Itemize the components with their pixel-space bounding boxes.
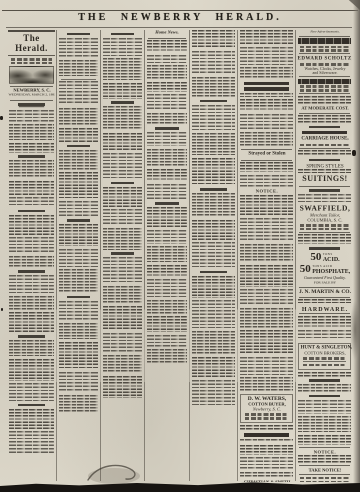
- new-ads-wrap: New Advertisements.: [297, 30, 352, 34]
- pseudo-headline: [244, 87, 289, 91]
- illegible-text-block: [103, 133, 142, 151]
- pseudo-subheading: [67, 33, 91, 36]
- brokers-name: HUNT & SINGLETON,: [300, 345, 349, 350]
- ink-smudge: [84, 460, 148, 486]
- illegible-text-block: [298, 115, 351, 123]
- nameplate-box: The Herald.: [8, 30, 55, 56]
- pseudo-inverse-headline: [298, 38, 351, 44]
- illegible-text-block: [9, 143, 54, 153]
- pseudo-subheading: [111, 182, 135, 185]
- illegible-text-block: [240, 445, 293, 455]
- illegible-text-block: [298, 400, 351, 414]
- pseudo-subheading: [309, 126, 341, 129]
- spring-styles-wrap: SPRING STYLES: [297, 164, 352, 169]
- illegible-text-block: [240, 472, 293, 478]
- illegible-text-block: [147, 149, 187, 167]
- ad-fine-print: [303, 364, 346, 367]
- strayed-heading-wrap: Strayed or Stolen: [239, 151, 294, 158]
- column-rule: [56, 30, 57, 481]
- smith-line-wrap: CHRISTIAN & SMITH: [239, 480, 294, 482]
- illegible-text-block: [9, 431, 54, 455]
- pseudo-subheading: [18, 270, 45, 273]
- spring-styles-line: SPRING STYLES: [297, 164, 352, 169]
- pseudo-subheading: [67, 296, 91, 299]
- illegible-text-block: [298, 169, 351, 173]
- notice2-heading: NOTICE.: [297, 450, 352, 455]
- column-7-ads: New Advertisements. EDWARD SCHOLTZ, Watc…: [297, 30, 352, 482]
- rule: [299, 287, 350, 288]
- column-rule: [237, 30, 238, 481]
- column-filler: [297, 115, 352, 128]
- pseudo-subheading: [67, 219, 91, 222]
- illegible-text-block: [103, 228, 142, 250]
- swaffield-city-wrap: COLUMBIA, S. C.: [297, 218, 352, 223]
- illegible-text-block: [59, 224, 98, 246]
- column-rule: [144, 30, 145, 481]
- illegible-text-block: [59, 172, 98, 198]
- illegible-text-block: [147, 246, 187, 262]
- illegible-text-block: [9, 296, 54, 310]
- illegible-text-block: [59, 108, 98, 126]
- illegible-text-block: [147, 113, 187, 125]
- illegible-text-block: [59, 269, 98, 293]
- column-filler: [297, 150, 352, 161]
- rule: [241, 160, 292, 161]
- column-filler: [297, 234, 352, 249]
- illegible-text-block: [9, 275, 54, 293]
- illegible-text-block: [240, 47, 293, 65]
- illegible-text-block: [192, 193, 235, 217]
- illegible-text-block: [298, 330, 351, 340]
- hardware-wrap: HARDWARE.: [297, 306, 352, 312]
- column-filler: [297, 299, 352, 303]
- illegible-text-block: [103, 376, 142, 398]
- phosphate-row: 50 TONS ACID PHOSPHATE,: [297, 264, 352, 274]
- column-filler: [297, 96, 352, 104]
- dateline-wrap: WEDNESDAY, MARCH 2, 1881.: [8, 93, 55, 98]
- illegible-text-block: [9, 237, 54, 253]
- illegible-text-block: [192, 220, 235, 240]
- pseudo-subheading: [67, 145, 91, 148]
- illegible-text-block: [103, 153, 142, 179]
- illegible-text-block: [9, 197, 54, 207]
- illegible-text-block: [147, 65, 187, 79]
- newspaper-page: THE NEWBERRY HERALD. The Herald. NEWBERR…: [0, 0, 360, 492]
- pseudo-subheading: [309, 395, 341, 398]
- illegible-text-block: [9, 215, 54, 235]
- illegible-text-block: [147, 279, 187, 297]
- column-rule: [100, 30, 101, 481]
- rule: [299, 93, 350, 94]
- illegible-text-block: [240, 132, 293, 146]
- ad-fine-print: [300, 85, 349, 88]
- illegible-text-block: [192, 77, 235, 97]
- illegible-text-block: [59, 201, 98, 217]
- dealer-wrap: J. N. MARTIN & CO.: [297, 289, 352, 295]
- illegible-text-block: [240, 265, 293, 287]
- illegible-text-block: [147, 82, 187, 92]
- column-3: [102, 30, 143, 482]
- waters-ad: D. W. WATERS, COTTON BUYER, Newberry, S.…: [240, 394, 293, 424]
- pseudo-subheading: [155, 202, 179, 205]
- column-filler: [239, 30, 294, 146]
- illegible-text-block: [240, 175, 293, 187]
- illegible-text-block: [147, 184, 187, 200]
- waters-city: Newberry, S. C.: [242, 407, 291, 412]
- illegible-text-block: [192, 51, 235, 75]
- column-filler: [239, 195, 294, 391]
- illegible-text-block: [147, 94, 187, 110]
- phosphate-row-wrap: 50 TONS ACID PHOSPHATE,: [297, 264, 352, 276]
- illegible-text-block: [147, 335, 187, 347]
- illegible-text-block: [59, 128, 98, 142]
- pseudo-headline: [302, 131, 347, 135]
- illegible-text-block: [147, 265, 187, 277]
- ad-fine-print: [300, 224, 349, 227]
- smith-line: CHRISTIAN & SMITH: [239, 480, 294, 482]
- illegible-text-block: [103, 58, 142, 80]
- illegible-text-block: [147, 349, 187, 363]
- suitings-wrap: SUITINGS!: [297, 175, 352, 184]
- illegible-text-block: [147, 132, 187, 146]
- top-rule: [2, 10, 358, 11]
- hardware-line: HARDWARE.: [297, 306, 352, 312]
- dealer-name: J. N. MARTIN & CO.: [297, 289, 352, 295]
- publisher-line: [11, 58, 52, 61]
- illegible-text-block: [9, 256, 54, 268]
- pseudo-subheading: [18, 404, 45, 407]
- illegible-text-block: [192, 105, 235, 131]
- notice-heading: NOTICE.: [239, 189, 294, 194]
- column-filler: [297, 455, 352, 463]
- pseudo-subheading: [309, 379, 341, 382]
- illegible-text-block: [59, 249, 98, 267]
- illegible-text-block: [59, 150, 98, 170]
- pseudo-subheading: [200, 188, 226, 191]
- illegible-text-block: [240, 425, 293, 431]
- illegible-text-block: [147, 300, 187, 314]
- dateline: WEDNESDAY, MARCH 2, 1881.: [8, 93, 55, 97]
- pseudo-subheading: [111, 252, 135, 255]
- illegible-text-block: [59, 301, 98, 321]
- column-filler: [191, 30, 236, 406]
- pseudo-subheading: [155, 127, 179, 130]
- rule: [299, 53, 350, 54]
- scholtz-line2-wrap: and Silverware.: [297, 71, 352, 75]
- acid-word: ACID.: [322, 256, 339, 262]
- column-filler: [8, 103, 55, 455]
- suitings-line: SUITINGS!: [297, 175, 352, 183]
- illegible-text-block: [59, 81, 98, 105]
- rule: [299, 313, 350, 314]
- rule: [299, 474, 350, 475]
- illegible-text-block: [192, 300, 235, 328]
- swaffield-city: COLUMBIA, S. C.: [297, 218, 352, 223]
- rule: [299, 447, 350, 448]
- masthead-rule: [6, 27, 352, 28]
- brokers-ad: HUNT & SINGLETON, COTTON BROKERS,: [298, 343, 351, 371]
- illegible-text-block: [298, 150, 351, 156]
- ad-fine-print: [300, 144, 349, 147]
- illegible-text-block: [147, 169, 187, 181]
- illegible-text-block: [240, 162, 293, 172]
- illegible-text-block: [9, 110, 54, 122]
- illegible-text-block: [192, 276, 235, 298]
- illegible-text-block: [103, 83, 142, 99]
- illegible-text-block: [192, 158, 235, 186]
- waters-city-wrap: Newberry, S. C.: [242, 407, 291, 412]
- illegible-text-block: [240, 195, 293, 215]
- scholtz-name: EDWARD SCHOLTZ,: [297, 56, 352, 61]
- illegible-text-block: [192, 242, 235, 268]
- illegible-text-block: [240, 357, 293, 375]
- rule: [10, 100, 53, 101]
- moderate-cost-wrap: AT MODERATE COST.: [297, 106, 352, 111]
- column-filler: [297, 189, 352, 202]
- rule: [299, 465, 350, 466]
- illegible-text-block: [298, 316, 351, 328]
- illegible-text-block: [9, 160, 54, 178]
- illegible-text-block: [298, 384, 351, 392]
- ad-fine-print: [300, 49, 349, 52]
- illegible-text-block: [240, 99, 293, 111]
- scan-edge-bottom: [0, 481, 360, 492]
- pseudo-subheading: [309, 189, 341, 192]
- pseudo-subheading: [18, 210, 45, 213]
- acid-qty: 50: [310, 252, 321, 261]
- illegible-text-block: [192, 331, 235, 355]
- pseudo-headline: [244, 82, 289, 86]
- column-rule: [189, 30, 190, 481]
- moderate-cost-line: AT MODERATE COST.: [297, 106, 352, 111]
- pseudo-subheading: [111, 33, 135, 36]
- illegible-text-block: [240, 330, 293, 354]
- illegible-text-block: [147, 230, 187, 244]
- edge-blotch: [350, 300, 360, 360]
- scholtz-name-wrap: EDWARD SCHOLTZ,: [297, 56, 352, 62]
- column-filler: [297, 372, 352, 445]
- for-sale-line: FOR SALE BY: [297, 281, 352, 285]
- illegible-text-block: [59, 323, 98, 339]
- illegible-text-block: [59, 60, 98, 76]
- illegible-text-block: [103, 257, 142, 283]
- illegible-text-block: [9, 312, 54, 332]
- illegible-text-block: [59, 372, 98, 392]
- take-notice-heading: TAKE NOTICE!: [297, 468, 352, 473]
- column-5: [191, 30, 236, 482]
- ad-fine-print: [300, 477, 349, 480]
- illegible-text-block: [240, 67, 293, 79]
- illegible-text-block: [9, 124, 54, 140]
- pseudo-subheading: [111, 101, 135, 104]
- phosphate-word: PHOSPHATE,: [312, 268, 350, 274]
- illegible-text-block: [240, 218, 293, 242]
- rule: [303, 361, 346, 362]
- carriage-wrap: CARRIAGE HOUSE,: [297, 136, 352, 142]
- column-1: The Herald. NEWBERRY, S. C. WEDNESDAY, M…: [8, 30, 55, 482]
- rule: [148, 38, 186, 39]
- illegible-text-block: [298, 299, 351, 303]
- illegible-text-block: [103, 38, 142, 56]
- ad-fine-print: [300, 63, 349, 66]
- pastoral-engraving: [9, 66, 54, 84]
- acid-row: 50 TONS ACID.: [297, 252, 352, 262]
- illegible-text-block: [9, 359, 54, 381]
- column-filler: [297, 316, 352, 341]
- illegible-text-block: [192, 380, 235, 406]
- illegible-text-block: [298, 416, 351, 432]
- column-6: Strayed or Stolen NOTICE. D. W. WATERS, …: [239, 30, 294, 482]
- strayed-heading: Strayed or Stolen: [239, 151, 294, 156]
- ad-fine-print: [300, 89, 349, 92]
- home-news-heading: Home News.: [146, 30, 188, 35]
- illegible-text-block: [240, 114, 293, 130]
- column-filler: [239, 425, 294, 478]
- edge-speck: [352, 150, 356, 156]
- illegible-text-block: [9, 409, 54, 429]
- column-filler: [239, 162, 294, 187]
- pseudo-inverse-headline: [298, 79, 351, 84]
- illegible-text-block: [192, 30, 235, 48]
- rule: [10, 86, 53, 87]
- illegible-text-block: [103, 286, 142, 304]
- illegible-text-block: [59, 38, 98, 58]
- column-filler: [146, 40, 188, 363]
- illegible-text-block: [192, 357, 235, 377]
- brokers-role-wrap: COTTON BROKERS,: [300, 351, 349, 356]
- rule: [61, 79, 96, 80]
- ad-fine-print: [303, 357, 346, 360]
- illegible-text-block: [298, 435, 351, 445]
- illegible-text-block: [240, 30, 293, 44]
- rule: [299, 232, 350, 233]
- brokers-role: COTTON BROKERS,: [300, 351, 349, 356]
- illegible-text-block: [240, 457, 293, 469]
- publisher-line: [11, 62, 52, 65]
- illegible-text-block: [192, 133, 235, 155]
- scholtz-line2: and Silverware.: [297, 71, 352, 75]
- illegible-text-block: [103, 187, 142, 207]
- column-filler: [58, 33, 99, 413]
- pseudo-headline: [244, 433, 289, 437]
- column-rule: [295, 30, 296, 481]
- home-news-heading-wrap: Home News.: [146, 30, 188, 36]
- new-ads-heading: New Advertisements.: [297, 30, 352, 34]
- rule: [299, 76, 350, 77]
- edge-speck: [0, 116, 3, 120]
- rule: [299, 148, 350, 149]
- pseudo-subheading: [18, 155, 45, 158]
- nameplate-title: The Herald.: [8, 33, 55, 53]
- illegible-text-block: [147, 55, 187, 63]
- take-notice-wrap: TAKE NOTICE!: [297, 468, 352, 473]
- column-4: Home News.: [146, 30, 188, 482]
- illegible-text-block: [240, 289, 293, 305]
- illegible-text-block: [103, 306, 142, 330]
- illegible-text-block: [59, 395, 98, 413]
- ad-fine-print: [245, 417, 288, 420]
- column-2: [58, 30, 99, 482]
- illegible-text-block: [103, 209, 142, 225]
- illegible-text-block: [103, 106, 142, 130]
- illegible-text-block: [298, 96, 351, 104]
- illegible-text-block: [147, 40, 187, 52]
- carriage-house-line: CARRIAGE HOUSE,: [297, 136, 352, 141]
- rule: [299, 297, 350, 298]
- illegible-text-block: [9, 340, 54, 356]
- pseudo-subheading: [309, 159, 341, 162]
- ad-fine-print: [300, 46, 349, 49]
- edge-speck: [1, 308, 3, 311]
- ad-fine-print: [300, 481, 349, 482]
- pseudo-subheading: [18, 103, 45, 106]
- rule: [299, 186, 350, 187]
- illegible-text-block: [298, 455, 351, 463]
- rule: [299, 36, 350, 37]
- column-filler: [102, 33, 143, 398]
- illegible-text-block: [298, 194, 351, 202]
- illegible-text-block: [298, 234, 351, 244]
- illegible-text-block: [240, 93, 293, 97]
- illegible-text-block: [298, 372, 351, 377]
- rule: [299, 113, 350, 114]
- masthead-title: THE NEWBERRY HERALD.: [0, 12, 360, 23]
- illegible-text-block: [59, 342, 98, 370]
- pseudo-subheading: [200, 100, 226, 103]
- pseudo-subheading: [200, 271, 226, 274]
- phosphate-qty: 50: [299, 264, 310, 273]
- illegible-text-block: [9, 383, 54, 401]
- illegible-text-block: [103, 355, 142, 373]
- illegible-text-block: [103, 333, 142, 353]
- notice-heading-wrap: NOTICE.: [239, 189, 294, 195]
- illegible-text-block: [147, 207, 187, 227]
- for-sale-wrap: FOR SALE BY: [297, 281, 352, 285]
- column-filler: [297, 169, 352, 173]
- illegible-text-block: [240, 377, 293, 391]
- notice2-wrap: NOTICE.: [297, 450, 352, 455]
- illegible-text-block: [240, 439, 293, 442]
- illegible-text-block: [240, 308, 293, 328]
- ad-fine-print: [245, 413, 288, 416]
- ad-fine-print: [300, 228, 349, 231]
- pseudo-subheading: [18, 335, 45, 338]
- illegible-text-block: [9, 181, 54, 195]
- illegible-text-block: [240, 244, 293, 262]
- scan-edge-right: [353, 0, 360, 492]
- illegible-text-block: [147, 316, 187, 332]
